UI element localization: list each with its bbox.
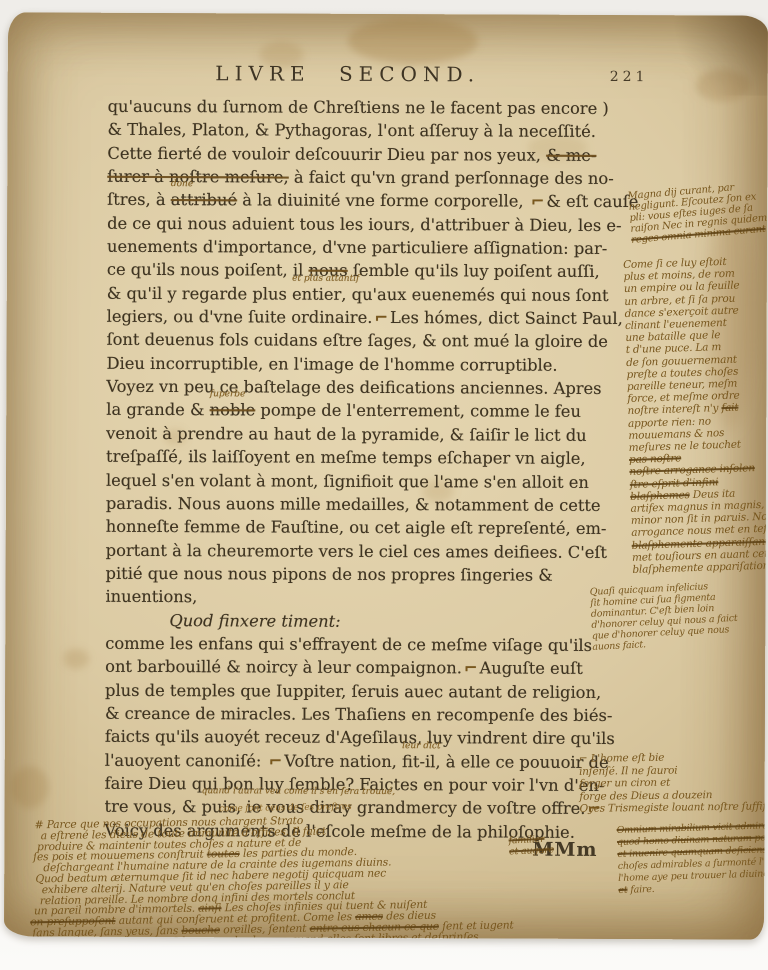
text-segment: paradis. Nous auons mille medailles, & n… <box>106 494 601 515</box>
text-segment: qu'aucuns du ſurnom de Chreſtiens ne le … <box>108 97 609 118</box>
text-segment: pompe de l'enterrement, comme le feu <box>255 401 581 421</box>
print-line: Quod finxere timent: <box>169 609 636 634</box>
text-segment: Voſtre nation, <box>284 751 402 771</box>
margin-note-ciron: ⌐ L'home eſt bieinſenſé. Il ne ſauroifor… <box>579 750 768 816</box>
text-segment: venoit à prendre au haut de la pyramide,… <box>106 424 587 445</box>
text-segment: lequel s'en volant à mont, ſignifioit qu… <box>106 470 589 491</box>
text-segment: ſurer à noſtre meſure, <box>107 167 288 187</box>
text-segment: et augure <box>509 844 554 857</box>
print-line: comme les enfans qui s'effrayent de ce m… <box>105 632 636 658</box>
text-segment: inuentions, <box>105 587 197 606</box>
text-segment: tre vous, & <box>105 797 202 816</box>
print-line: ce qu'ils nous poiſent, il nous ſemble q… <box>107 258 638 284</box>
text-segment: fait <box>721 402 738 415</box>
text-segment: Dieu incorruptible, en l'image de l'homm… <box>106 354 557 375</box>
text-segment: treſpaſſé, ils laiſſoyent en meſme temps… <box>106 447 586 468</box>
book-page: LIVRE SECOND. 221 qu'aucuns du ſurnom de… <box>4 12 768 939</box>
print-line: & qu'il y regarde plus entieret plus att… <box>107 282 638 308</box>
print-line: ont barbouillé & noircy à leur compaigno… <box>105 655 636 681</box>
text-segment: forge des Dieus a douzein <box>579 789 712 803</box>
text-segment: fit-illeur dict <box>402 752 435 771</box>
interlinear-addition: et plus attantif <box>292 274 359 283</box>
note-line: et augure <box>509 845 554 858</box>
hand-notes: Magna dij curant, parnegligunt. Eſcoutez… <box>8 12 768 15</box>
text-segment: uenements d'importance, d'vne particulie… <box>107 237 607 258</box>
stain <box>11 766 49 808</box>
text-segment: faire. <box>627 884 654 896</box>
margin-note-magna: Magna dij curant, parnegligunt. Eſcoutez… <box>627 180 768 246</box>
interlinear-addition: ſuperbe <box>210 391 246 400</box>
print-line: portant à la cheuremorte vers le ciel ce… <box>106 538 637 564</box>
print-line: & Thales, Platon, & Pythagoras, l'ont aſ… <box>107 118 638 144</box>
print-line: treſpaſſé, ils laiſſoyent en meſme temps… <box>106 445 637 471</box>
print-line: qu'aucuns du ſurnom de Chreſtiens ne le … <box>108 95 639 121</box>
text-segment: et <box>618 885 627 896</box>
text-segment: Voyez vn peu ce baſtelage des deificatio… <box>106 377 601 398</box>
text-segment: & creance de miracles. Les Thaſiens en r… <box>105 704 613 725</box>
margin-note-providence: Come ſi ce luy eſtoitplus et moins, de r… <box>623 254 768 576</box>
insertion-mark: ⌐ <box>374 308 388 327</box>
page-number: 221 <box>610 69 649 85</box>
print-block: qu'aucuns du ſurnom de Chreſtiens ne le … <box>104 95 638 844</box>
text-segment: honneſte femme de Fauſtine, ou cet aigle… <box>106 517 607 538</box>
text-segment: & eſt cauſe <box>546 192 638 211</box>
margin-note-figmenta: Quaſi quicquam infeliciusſit homine cui … <box>590 580 739 653</box>
text-segment: legiers, ou d'vne ſuite ordinaire. <box>107 307 373 327</box>
stain <box>696 69 750 101</box>
interlinear-addition: quand i'aurai veu come il s'en ſera trou… <box>202 788 396 798</box>
text-segment: Auguſte euſt <box>480 659 583 678</box>
text-segment: ont barbouillé & noircy à leur compaigno… <box>105 657 462 678</box>
text-segment: portant à la cheuremorte vers le ciel ce… <box>106 540 607 561</box>
text-segment: forger un ciron et <box>579 777 670 790</box>
insertion-mark: ⌐ <box>464 659 478 678</box>
print-line: ſont deuenus fols cuidans eſtre ſages, &… <box>107 328 638 354</box>
text-segment: comme les enfans qui s'effrayent de ce m… <box>105 634 592 655</box>
text-segment: à faict qu'vn grand perſonnage des no- <box>289 168 614 188</box>
text-segment: plus de temples que Iuppiter, ſeruis aue… <box>105 680 601 701</box>
text-segment: faicts qu'ils auoyét receuz d'Ageſilaus,… <box>105 727 615 748</box>
text-segment: ſemble qu'ils luy poiſent auſſi, <box>348 261 600 281</box>
text-segment: ſont deuenus fols cuidans eſtre ſages, &… <box>107 330 608 351</box>
print-line: uenements d'importance, d'vne particulie… <box>107 235 638 261</box>
print-line: faicts qu'ils auoyét receuz d'Ageſilaus,… <box>105 725 636 751</box>
print-line: inuentions, <box>105 585 636 611</box>
text-segment: ⌐ L'home eſt bie <box>579 752 664 765</box>
note-line: Oyes Trismegiste louant noſtre ſuffiſan <box>579 801 768 816</box>
print-line: & creance de miracles. Les Thaſiens en r… <box>105 702 636 728</box>
print-line: venoit à prendre au haut de la pyramide,… <box>106 422 637 448</box>
note-struck-fragment: familieret augure <box>508 834 554 857</box>
stain <box>348 18 478 65</box>
text-segment: Cette fierté de vouloir deſcouurir Dieu … <box>107 143 546 164</box>
stain <box>63 649 89 669</box>
text-segment: meſme <box>46 936 82 939</box>
print-line: legiers, ou d'vne ſuite ordinaire.⌐Les h… <box>107 305 638 331</box>
interlinear-addition: leur dict <box>402 742 441 751</box>
text-segment: Oyes Trismegiste louant noſtre ſuffiſan <box>579 801 768 816</box>
print-line: la grande & nobleſuperbe pompe de l'ente… <box>106 398 637 424</box>
book-title: LIVRE SECOND. <box>98 61 598 87</box>
text-segment: de ce qui nous aduient tous les iours, d… <box>107 213 622 234</box>
text-segment: ſans langue, ſans yeus, ſans <box>32 924 181 939</box>
print-line: Voyez vn peu ce baſtelage des deificatio… <box>106 375 637 401</box>
print-line: ſtres, à attribuédoné à la diuinité vne … <box>107 188 638 214</box>
print-line: Dieu incorruptible, en l'image de l'homm… <box>106 352 637 378</box>
scanned-page-photo: LIVRE SECOND. 221 qu'aucuns du ſurnom de… <box>0 0 768 970</box>
text-segment: ſtres, à <box>107 190 171 209</box>
text-segment: ce qu'ils nous poiſent, il <box>107 260 309 280</box>
insertion-mark: ⌐ <box>269 751 283 770</box>
text-segment: & me- <box>546 145 596 164</box>
text-segment: auons faict. <box>592 639 646 653</box>
text-segment: entieret plus attantif <box>292 284 341 303</box>
text-segment: Les hómes, dict Sainct Paul, <box>390 308 623 328</box>
text-segment: pitié que nous nous pipons de nos propre… <box>106 564 553 585</box>
text-segment: Deus ita <box>689 488 735 501</box>
text-segment: chargent Stratocome ſont ceus de ſes pre… <box>219 814 303 828</box>
insertion-mark: ⌐ <box>531 192 545 211</box>
interlinear-addition: doné <box>171 180 193 189</box>
text-segment: & Thales, Platon, & Pythagoras, l'ont aſ… <box>107 120 596 141</box>
text-segment: attribuédoné <box>171 190 237 209</box>
text-segment: , qu'aux euenemés qui nous ſont <box>341 285 608 305</box>
print-line: honneſte femme de Fauſtine, ou cet aigle… <box>106 515 637 541</box>
print-line: Cette fierté de vouloir deſcouurir Dieu … <box>107 141 638 167</box>
text-segment: Quod finxere timent: <box>169 611 340 631</box>
print-line: lequel s'en volant à mont, ſignifioit qu… <box>106 468 637 494</box>
text-segment: l'auoyent canoniſé: <box>105 750 267 770</box>
print-line: pitié que nous nous pipons de nos propre… <box>106 562 637 588</box>
print-line: paradis. Nous auons mille medailles, & n… <box>106 492 637 518</box>
print-line: l'auoyent canoniſé: ⌐Voſtre nation, fit-… <box>105 748 636 774</box>
print-line: plus de temples que Iuppiter, ſeruis aue… <box>105 678 636 704</box>
text-segment: inſenſé. Il ne ſauroi <box>579 764 677 777</box>
text-segment: la grande & <box>106 400 209 419</box>
text-segment: nobleſuperbe <box>210 401 256 420</box>
text-segment: & qu'il y regarde plus <box>107 284 292 304</box>
margin-note-trismegiste: Omnium mirabilium vicit admirationemquod… <box>616 818 768 897</box>
text-segment: à la diuinité vne forme corporelle, <box>237 191 529 211</box>
print-line: de ce qui nous aduient tous les iours, d… <box>107 211 638 237</box>
bottom-note: # Parce que nos occupations nous chargen… <box>28 812 514 939</box>
page-corner-shadow <box>658 15 768 95</box>
